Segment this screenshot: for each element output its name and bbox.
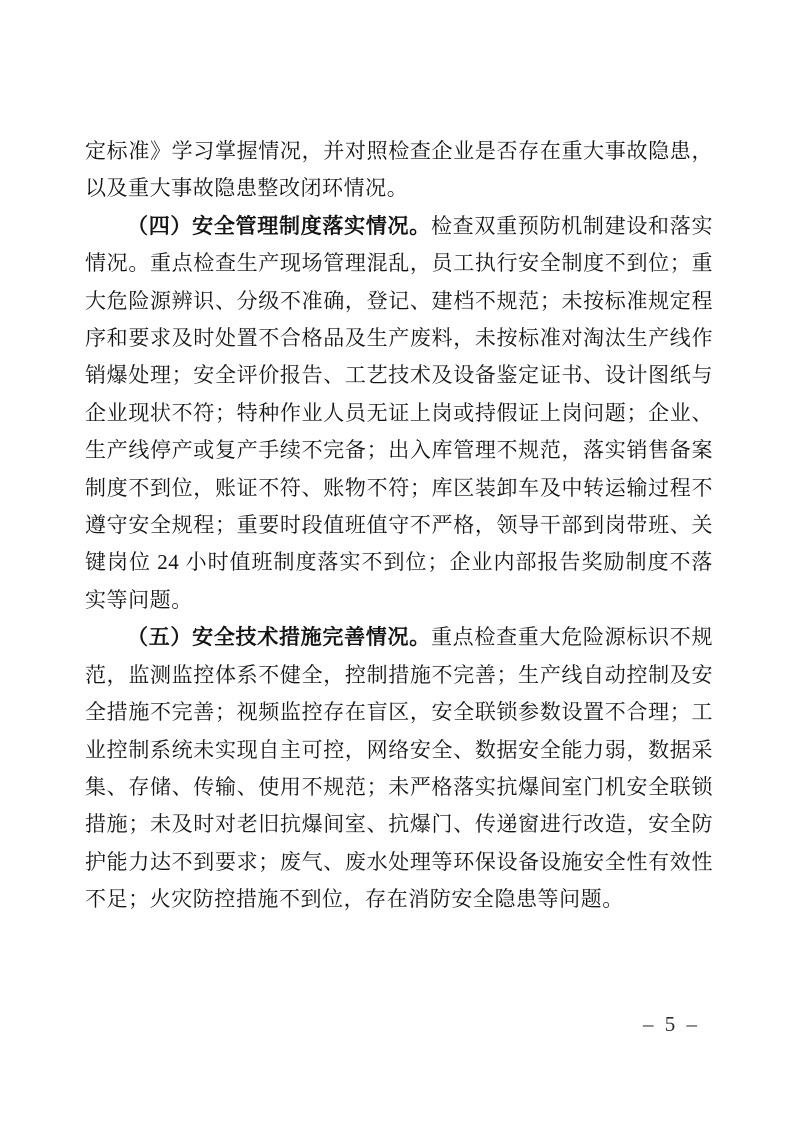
section-5-text: 重点检查重大危险源标识不规范，监测监控体系不健全，控制措施不完善；生产线自动控制… (85, 625, 713, 911)
paragraph-text: 定标准》学习掌握情况，并对照检查企业是否存在重大事故隐患，以及重大事故隐患整改闭… (85, 139, 713, 200)
section-4-heading: （四）安全管理制度落实情况。 (127, 214, 431, 238)
paragraph-section-5: （五）安全技术措施完善情况。重点检查重大危险源标识不规范，监测监控体系不健全，控… (85, 619, 713, 918)
document-body: 定标准》学习掌握情况，并对照检查企业是否存在重大事故隐患，以及重大事故隐患整改闭… (85, 133, 713, 919)
document-page: 定标准》学习掌握情况，并对照检查企业是否存在重大事故隐患，以及重大事故隐患整改闭… (0, 0, 793, 1122)
section-4-text: 检查双重预防机制建设和落实情况。重点检查生产现场管理混乱，员工执行安全制度不到位… (85, 214, 713, 612)
paragraph-section-4: （四）安全管理制度落实情况。检查双重预防机制建设和落实情况。重点检查生产现场管理… (85, 208, 713, 619)
page-number: – 5 – (643, 1012, 700, 1036)
paragraph-continuation: 定标准》学习掌握情况，并对照检查企业是否存在重大事故隐患，以及重大事故隐患整改闭… (85, 133, 713, 208)
section-5-heading: （五）安全技术措施完善情况。 (127, 625, 431, 649)
page-footer: – 5 – (643, 1008, 700, 1040)
